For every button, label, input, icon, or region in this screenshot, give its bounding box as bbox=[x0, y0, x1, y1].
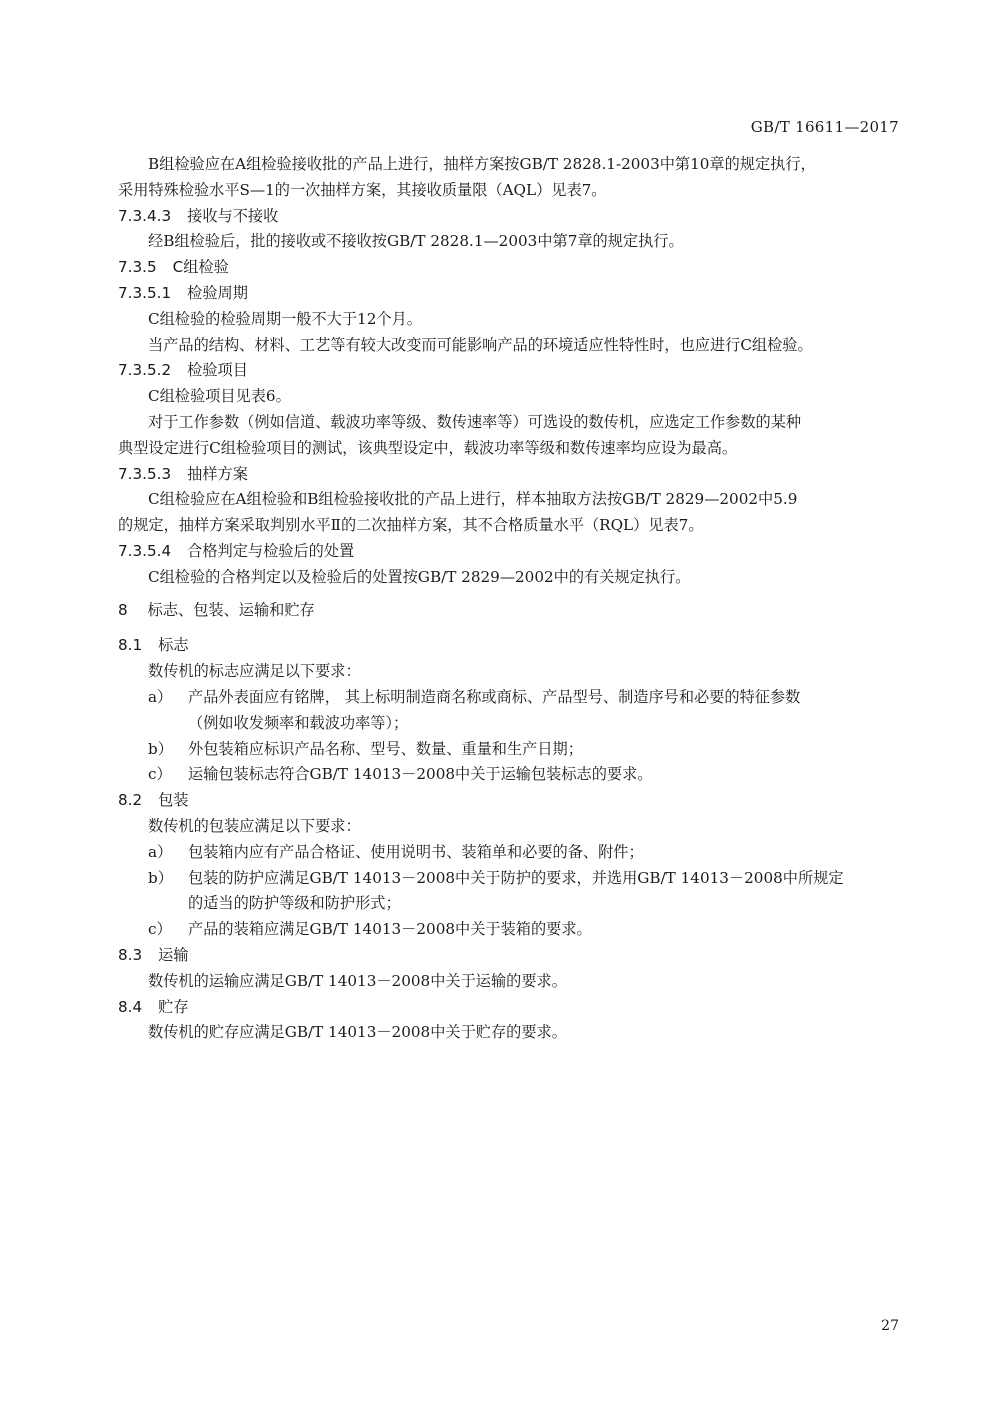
paragraph-7-3-5-3-line1: C组检验应在A组检验和B组检验接收批的产品上进行，样本抽取方法按GB/T 282… bbox=[118, 487, 900, 513]
section-number: 7.3.5.3 bbox=[118, 462, 171, 488]
list-marker: b） bbox=[148, 866, 188, 892]
paragraph-7-3-5-4: C组检验的合格判定以及检验后的处置按GB/T 2829—2002中的有关规定执行… bbox=[118, 565, 900, 591]
list-item-text: 产品的装箱应满足GB/T 14013－2008中关于装箱的要求。 bbox=[188, 920, 592, 938]
document-body: B组检验应在A组检验接收批的产品上进行，抽样方案按GB/T 2828.1-200… bbox=[118, 152, 900, 1046]
list-marker: b） bbox=[148, 737, 188, 763]
paragraph-b-intro-line2: 采用特殊检验水平S—1的一次抽样方案，其接收质量限（AQL）见表7。 bbox=[118, 178, 900, 204]
section-heading-7-3-5-3: 7.3.5.3抽样方案 bbox=[118, 462, 900, 488]
list-marker: c） bbox=[148, 917, 188, 943]
chapter-number: 8 bbox=[118, 598, 128, 624]
paragraph-8-1-intro: 数传机的标志应满足以下要求： bbox=[118, 659, 900, 685]
section-number: 7.3.4.3 bbox=[118, 204, 171, 230]
paragraph-7-3-5-2-a: C组检验项目见表6。 bbox=[118, 384, 900, 410]
list-item-text: 运输包装标志符合GB/T 14013－2008中关于运输包装标志的要求。 bbox=[188, 765, 652, 783]
section-title: 贮存 bbox=[158, 998, 188, 1016]
section-title: 检验项目 bbox=[187, 361, 248, 379]
section-heading-7-3-5-4: 7.3.5.4合格判定与检验后的处置 bbox=[118, 539, 900, 565]
section-heading-8-3: 8.3运输 bbox=[118, 943, 900, 969]
section-number: 7.3.5.4 bbox=[118, 539, 171, 565]
section-heading-7-3-5: 7.3.5C组检验 bbox=[118, 255, 900, 281]
list-item-8-2-b-cont: 的适当的防护等级和防护形式； bbox=[118, 891, 900, 917]
paragraph-7-3-5-1-b: 当产品的结构、材料、工艺等有较大改变而可能影响产品的环境适应性特性时，也应进行C… bbox=[118, 333, 900, 359]
standard-code-header: GB/T 16611—2017 bbox=[751, 118, 899, 136]
section-number: 8.1 bbox=[118, 633, 142, 659]
section-number: 8.4 bbox=[118, 995, 142, 1021]
list-item-8-1-a: a）产品外表面应有铭牌， 其上标明制造商名称或商标、产品型号、制造序号和必要的特… bbox=[118, 685, 900, 711]
section-title: 合格判定与检验后的处置 bbox=[187, 542, 354, 560]
section-heading-8-1: 8.1标志 bbox=[118, 633, 900, 659]
paragraph-7-3-5-3-line2: 的规定，抽样方案采取判别水平Ⅱ的二次抽样方案，其不合格质量水平（RQL）见表7。 bbox=[118, 513, 900, 539]
section-number: 7.3.5.2 bbox=[118, 358, 171, 384]
list-marker: a） bbox=[148, 840, 188, 866]
paragraph-8-4: 数传机的贮存应满足GB/T 14013－2008中关于贮存的要求。 bbox=[118, 1020, 900, 1046]
paragraph-7-3-5-1-a: C组检验的检验周期一般不大于12个月。 bbox=[118, 307, 900, 333]
paragraph-7-3-5-2-b-line2: 典型设定进行C组检验项目的测试，该典型设定中，载波功率等级和数传速率均应设为最高… bbox=[118, 436, 900, 462]
section-heading-8-2: 8.2包装 bbox=[118, 788, 900, 814]
list-item-8-1-c: c）运输包装标志符合GB/T 14013－2008中关于运输包装标志的要求。 bbox=[118, 762, 900, 788]
paragraph-8-2-intro: 数传机的包装应满足以下要求： bbox=[118, 814, 900, 840]
section-heading-7-3-4-3: 7.3.4.3接收与不接收 bbox=[118, 204, 900, 230]
list-item-8-1-a-cont: （例如收发频率和载波功率等）； bbox=[118, 711, 900, 737]
paragraph-b-intro-line1: B组检验应在A组检验接收批的产品上进行，抽样方案按GB/T 2828.1-200… bbox=[118, 152, 900, 178]
section-title: 包装 bbox=[158, 791, 188, 809]
paragraph-8-3: 数传机的运输应满足GB/T 14013－2008中关于运输的要求。 bbox=[118, 969, 900, 995]
list-item-8-2-a: a）包装箱内应有产品合格证、使用说明书、装箱单和必要的备、附件； bbox=[118, 840, 900, 866]
paragraph-7-3-5-2-b-line1: 对于工作参数（例如信道、载波功率等级、数传速率等）可选设的数传机，应选定工作参数… bbox=[118, 410, 900, 436]
list-marker: c） bbox=[148, 762, 188, 788]
section-title: 标志 bbox=[158, 636, 188, 654]
section-heading-7-3-5-2: 7.3.5.2检验项目 bbox=[118, 358, 900, 384]
chapter-heading-8: 8标志、包装、运输和贮存 bbox=[118, 598, 900, 624]
section-number: 7.3.5 bbox=[118, 255, 157, 281]
section-number: 8.3 bbox=[118, 943, 142, 969]
section-heading-7-3-5-1: 7.3.5.1检验周期 bbox=[118, 281, 900, 307]
chapter-title: 标志、包装、运输和贮存 bbox=[148, 601, 315, 619]
section-title: 检验周期 bbox=[187, 284, 248, 302]
section-title: 接收与不接收 bbox=[187, 207, 278, 225]
list-item-8-1-b: b）外包装箱应标识产品名称、型号、数量、重量和生产日期； bbox=[118, 737, 900, 763]
section-title: 运输 bbox=[158, 946, 188, 964]
section-number: 8.2 bbox=[118, 788, 142, 814]
list-item-text: 产品外表面应有铭牌， 其上标明制造商名称或商标、产品型号、制造序号和必要的特征参… bbox=[188, 688, 800, 706]
section-title: 抽样方案 bbox=[187, 465, 248, 483]
section-number: 7.3.5.1 bbox=[118, 281, 171, 307]
section-title: C组检验 bbox=[173, 258, 229, 276]
list-item-text: 包装的防护应满足GB/T 14013－2008中关于防护的要求，并选用GB/T … bbox=[188, 869, 844, 887]
section-heading-8-4: 8.4贮存 bbox=[118, 995, 900, 1021]
list-item-text: 外包装箱应标识产品名称、型号、数量、重量和生产日期； bbox=[188, 740, 583, 758]
list-item-text: 包装箱内应有产品合格证、使用说明书、装箱单和必要的备、附件； bbox=[188, 843, 644, 861]
list-marker: a） bbox=[148, 685, 188, 711]
paragraph-7-3-4-3: 经B组检验后，批的接收或不接收按GB/T 2828.1—2003中第7章的规定执… bbox=[118, 229, 900, 255]
list-item-8-2-b: b）包装的防护应满足GB/T 14013－2008中关于防护的要求，并选用GB/… bbox=[118, 866, 900, 892]
page-number: 27 bbox=[881, 1318, 899, 1334]
list-item-8-2-c: c）产品的装箱应满足GB/T 14013－2008中关于装箱的要求。 bbox=[118, 917, 900, 943]
